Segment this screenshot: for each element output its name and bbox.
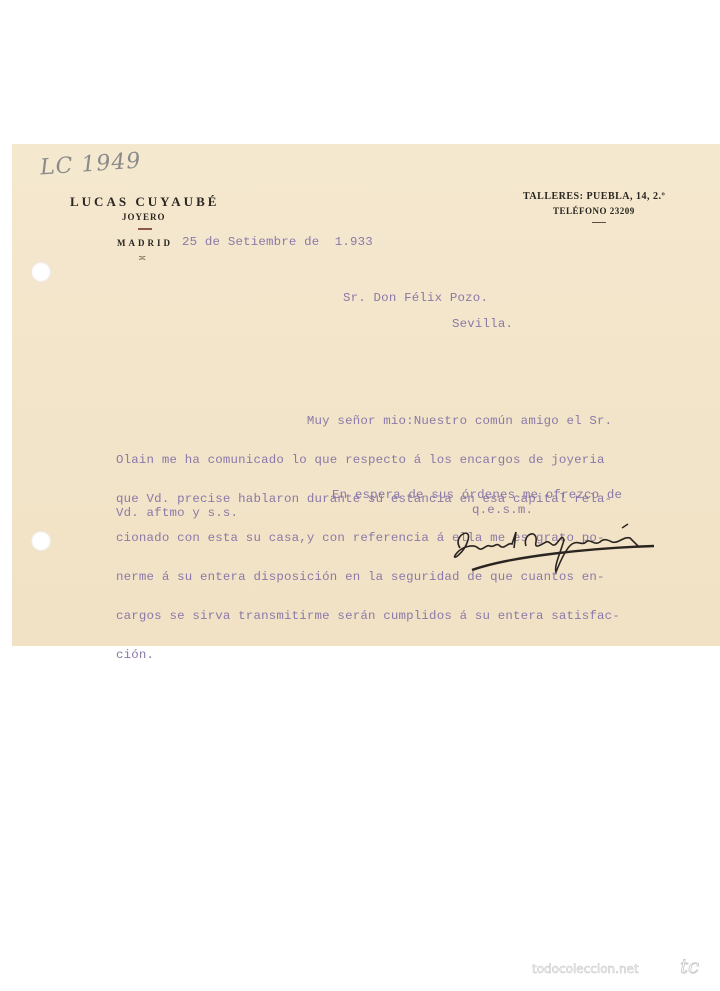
punch-hole-top [31, 262, 51, 282]
body-line: Olain me ha comunicado lo que respecto á… [116, 454, 620, 467]
letterhead-divider-right [592, 222, 606, 223]
letter-date: 25 de Setiembre de 1.933 [182, 236, 373, 249]
letterhead-divider [138, 228, 152, 230]
watermark-text: todocoleccion.net [532, 962, 639, 976]
letterhead-name: LUCAS CUYAUBÉ [70, 194, 219, 210]
closing-abbreviation: q.e.s.m. [472, 504, 533, 517]
valediction: Vd. aftmo y s.s. [116, 507, 238, 520]
body-line: cargos se sirva transmitirme serán cumpl… [116, 610, 620, 623]
ornament-icon: ≍ [138, 253, 146, 264]
letterhead-city: MADRID [117, 238, 173, 248]
closing-line: En espera de sus órdenes me ofrezco de [332, 489, 622, 502]
letterhead-phone: TELÉFONO 23209 [553, 206, 635, 216]
body-line: Muy señor mio:Nuestro común amigo el Sr. [116, 415, 620, 428]
body-line: ción. [116, 649, 620, 662]
punch-hole-bottom [31, 531, 51, 551]
handwritten-signature [442, 518, 662, 583]
recipient-city: Sevilla. [452, 318, 513, 331]
letterhead-trade: JOYERO [122, 212, 166, 222]
signature-icon [442, 518, 662, 578]
recipient-name: Sr. Don Félix Pozo. [343, 292, 488, 305]
watermark-logo-icon: tc [680, 954, 699, 978]
letterhead-address: TALLERES: PUEBLA, 14, 2.º [523, 191, 665, 202]
